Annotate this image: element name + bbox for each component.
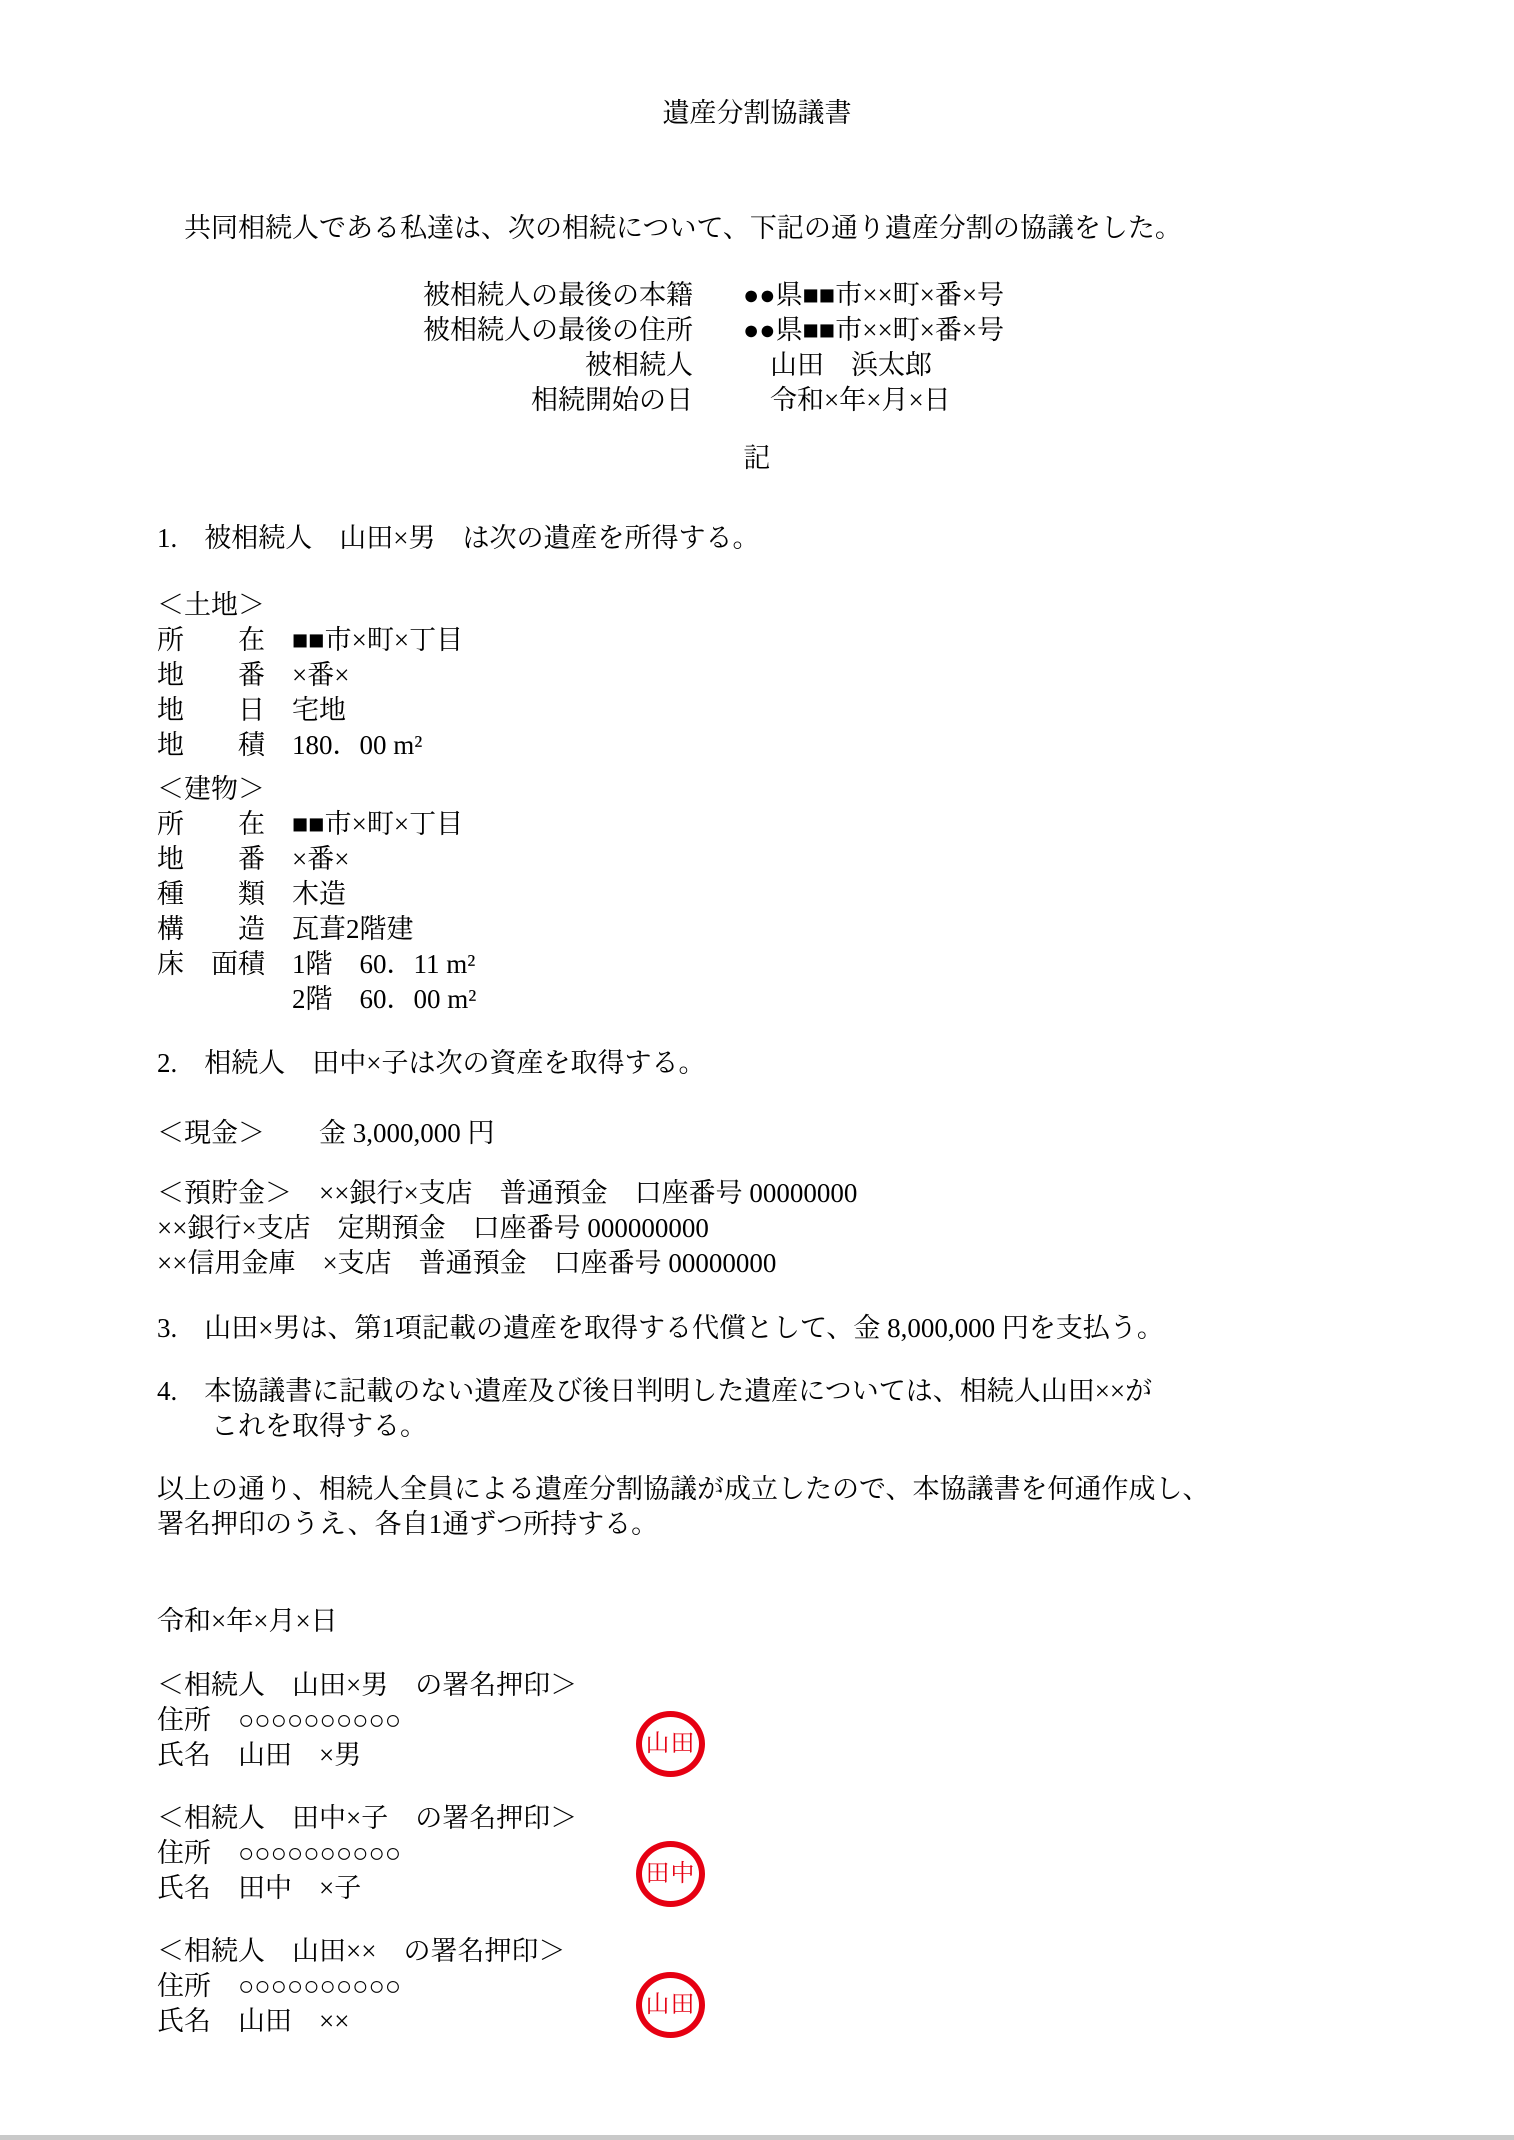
land-block: ＜土地＞ 所 在 ■■市×町×丁目 地 番 ×番× 地 日 宅地 地 積 180… <box>157 588 463 763</box>
signature-block-2: ＜相続人 田中×子 の署名押印＞ 住所 ○○○○○○○○○○ 氏名 田中 ×子 <box>157 1801 577 1906</box>
decedent-info-block: 被相続人の最後の本籍 ●●県■■市××町×番×号 被相続人の最後の住所 ●●県■… <box>157 278 1004 418</box>
land-location-row: 所 在 ■■市×町×丁目 <box>157 623 463 658</box>
building-block: ＜建物＞ 所 在 ■■市×町×丁目 地 番 ×番× 種 類 木造 構 造 瓦葺2… <box>157 772 476 1017</box>
deposits-block: ＜預貯金＞ ××銀行×支店 普通預金 口座番号 00000000 ××銀行×支店… <box>157 1176 857 1281</box>
decedent-last-address-value: ●●県■■市××町×番×号 <box>743 313 1004 348</box>
building-location-row: 所 在 ■■市×町×丁目 <box>157 807 476 842</box>
deposit-line-3: ××信用金庫 ×支店 普通預金 口座番号 00000000 <box>157 1246 857 1281</box>
cash-line: ＜現金＞ 金 3,000,000 円 <box>157 1116 495 1151</box>
inheritance-start-date-label: 相続開始の日 <box>157 383 693 418</box>
signature-block-1: ＜相続人 山田×男 の署名押印＞ 住所 ○○○○○○○○○○ 氏名 山田 ×男 <box>157 1668 577 1773</box>
signature-1-address: 住所 ○○○○○○○○○○ <box>157 1703 577 1738</box>
decedent-last-address-row: 被相続人の最後の住所 ●●県■■市××町×番×号 <box>157 313 1004 348</box>
hanko-stamp-tanaka: 田中 <box>636 1841 705 1907</box>
inheritance-agreement-document: 遺産分割協議書 共同相続人である私達は、次の相続について、下記の通り遺産分割の協… <box>0 0 1514 2140</box>
building-floor-area-1f-row: 床 面積 1階 60．11 m² <box>157 947 476 982</box>
land-area-row: 地 積 180．00 m² <box>157 728 463 763</box>
land-lot-number-row: 地 番 ×番× <box>157 658 463 693</box>
signature-3-address: 住所 ○○○○○○○○○○ <box>157 1969 565 2004</box>
clause-4-line-2: これを取得する。 <box>157 1409 1152 1444</box>
signature-2-address: 住所 ○○○○○○○○○○ <box>157 1836 577 1871</box>
signature-3-heading: ＜相続人 山田×× の署名押印＞ <box>157 1934 565 1969</box>
hanko-stamp-yamada-2: 山田 <box>636 1972 705 2038</box>
building-floor-area-2f-row: 2階 60．00 m² <box>157 982 476 1017</box>
deposit-line-2: ××銀行×支店 定期預金 口座番号 000000000 <box>157 1211 857 1246</box>
decedent-name-label: 被相続人 <box>157 348 693 383</box>
clause-1: 1. 被相続人 山田×男 は次の遺産を所得する。 <box>157 521 759 556</box>
building-lot-number-row: 地 番 ×番× <box>157 842 476 877</box>
building-type-row: 種 類 木造 <box>157 877 476 912</box>
inheritance-start-date-value: 令和×年×月×日 <box>743 383 951 418</box>
signature-block-3: ＜相続人 山田×× の署名押印＞ 住所 ○○○○○○○○○○ 氏名 山田 ×× <box>157 1934 565 2039</box>
land-category-row: 地 日 宅地 <box>157 693 463 728</box>
page-bottom-edge <box>0 2135 1514 2140</box>
clause-4: 4. 本協議書に記載のない遺産及び後日判明した遺産については、相続人山田××が … <box>157 1374 1152 1444</box>
building-structure-row: 構 造 瓦葺2階建 <box>157 912 476 947</box>
clause-4-line-1: 4. 本協議書に記載のない遺産及び後日判明した遺産については、相続人山田××が <box>157 1374 1152 1409</box>
signature-1-heading: ＜相続人 山田×男 の署名押印＞ <box>157 1668 577 1703</box>
ki-marker: 記 <box>0 441 1514 476</box>
decedent-registered-domicile-label: 被相続人の最後の本籍 <box>157 278 693 313</box>
decedent-registered-domicile-row: 被相続人の最後の本籍 ●●県■■市××町×番×号 <box>157 278 1004 313</box>
intro-paragraph: 共同相続人である私達は、次の相続について、下記の通り遺産分割の協議をした。 <box>157 211 1182 246</box>
signature-3-name: 氏名 山田 ×× <box>157 2004 565 2039</box>
closing-paragraph: 以上の通り、相続人全員による遺産分割協議が成立したので、本協議書を何通作成し、 … <box>157 1472 1209 1542</box>
deposit-line-1: ＜預貯金＞ ××銀行×支店 普通預金 口座番号 00000000 <box>157 1176 857 1211</box>
closing-line-2: 署名押印のうえ、各自1通ずつ所持する。 <box>157 1507 1209 1542</box>
land-heading: ＜土地＞ <box>157 588 463 623</box>
decedent-name-row: 被相続人 山田 浜太郎 <box>157 348 1004 383</box>
signature-2-name: 氏名 田中 ×子 <box>157 1871 577 1906</box>
document-title: 遺産分割協議書 <box>0 96 1514 131</box>
clause-3: 3. 山田×男は、第1項記載の遺産を取得する代償として、金 8,000,000 … <box>157 1311 1164 1346</box>
clause-2: 2. 相続人 田中×子は次の資産を取得する。 <box>157 1046 705 1081</box>
closing-line-1: 以上の通り、相続人全員による遺産分割協議が成立したので、本協議書を何通作成し、 <box>157 1472 1209 1507</box>
decedent-last-address-label: 被相続人の最後の住所 <box>157 313 693 348</box>
decedent-name-value: 山田 浜太郎 <box>743 348 932 383</box>
signature-2-heading: ＜相続人 田中×子 の署名押印＞ <box>157 1801 577 1836</box>
signature-1-name: 氏名 山田 ×男 <box>157 1738 577 1773</box>
hanko-stamp-yamada-1: 山田 <box>636 1711 705 1777</box>
building-heading: ＜建物＞ <box>157 772 476 807</box>
signing-date: 令和×年×月×日 <box>157 1604 338 1639</box>
inheritance-start-date-row: 相続開始の日 令和×年×月×日 <box>157 383 1004 418</box>
decedent-registered-domicile-value: ●●県■■市××町×番×号 <box>743 278 1004 313</box>
